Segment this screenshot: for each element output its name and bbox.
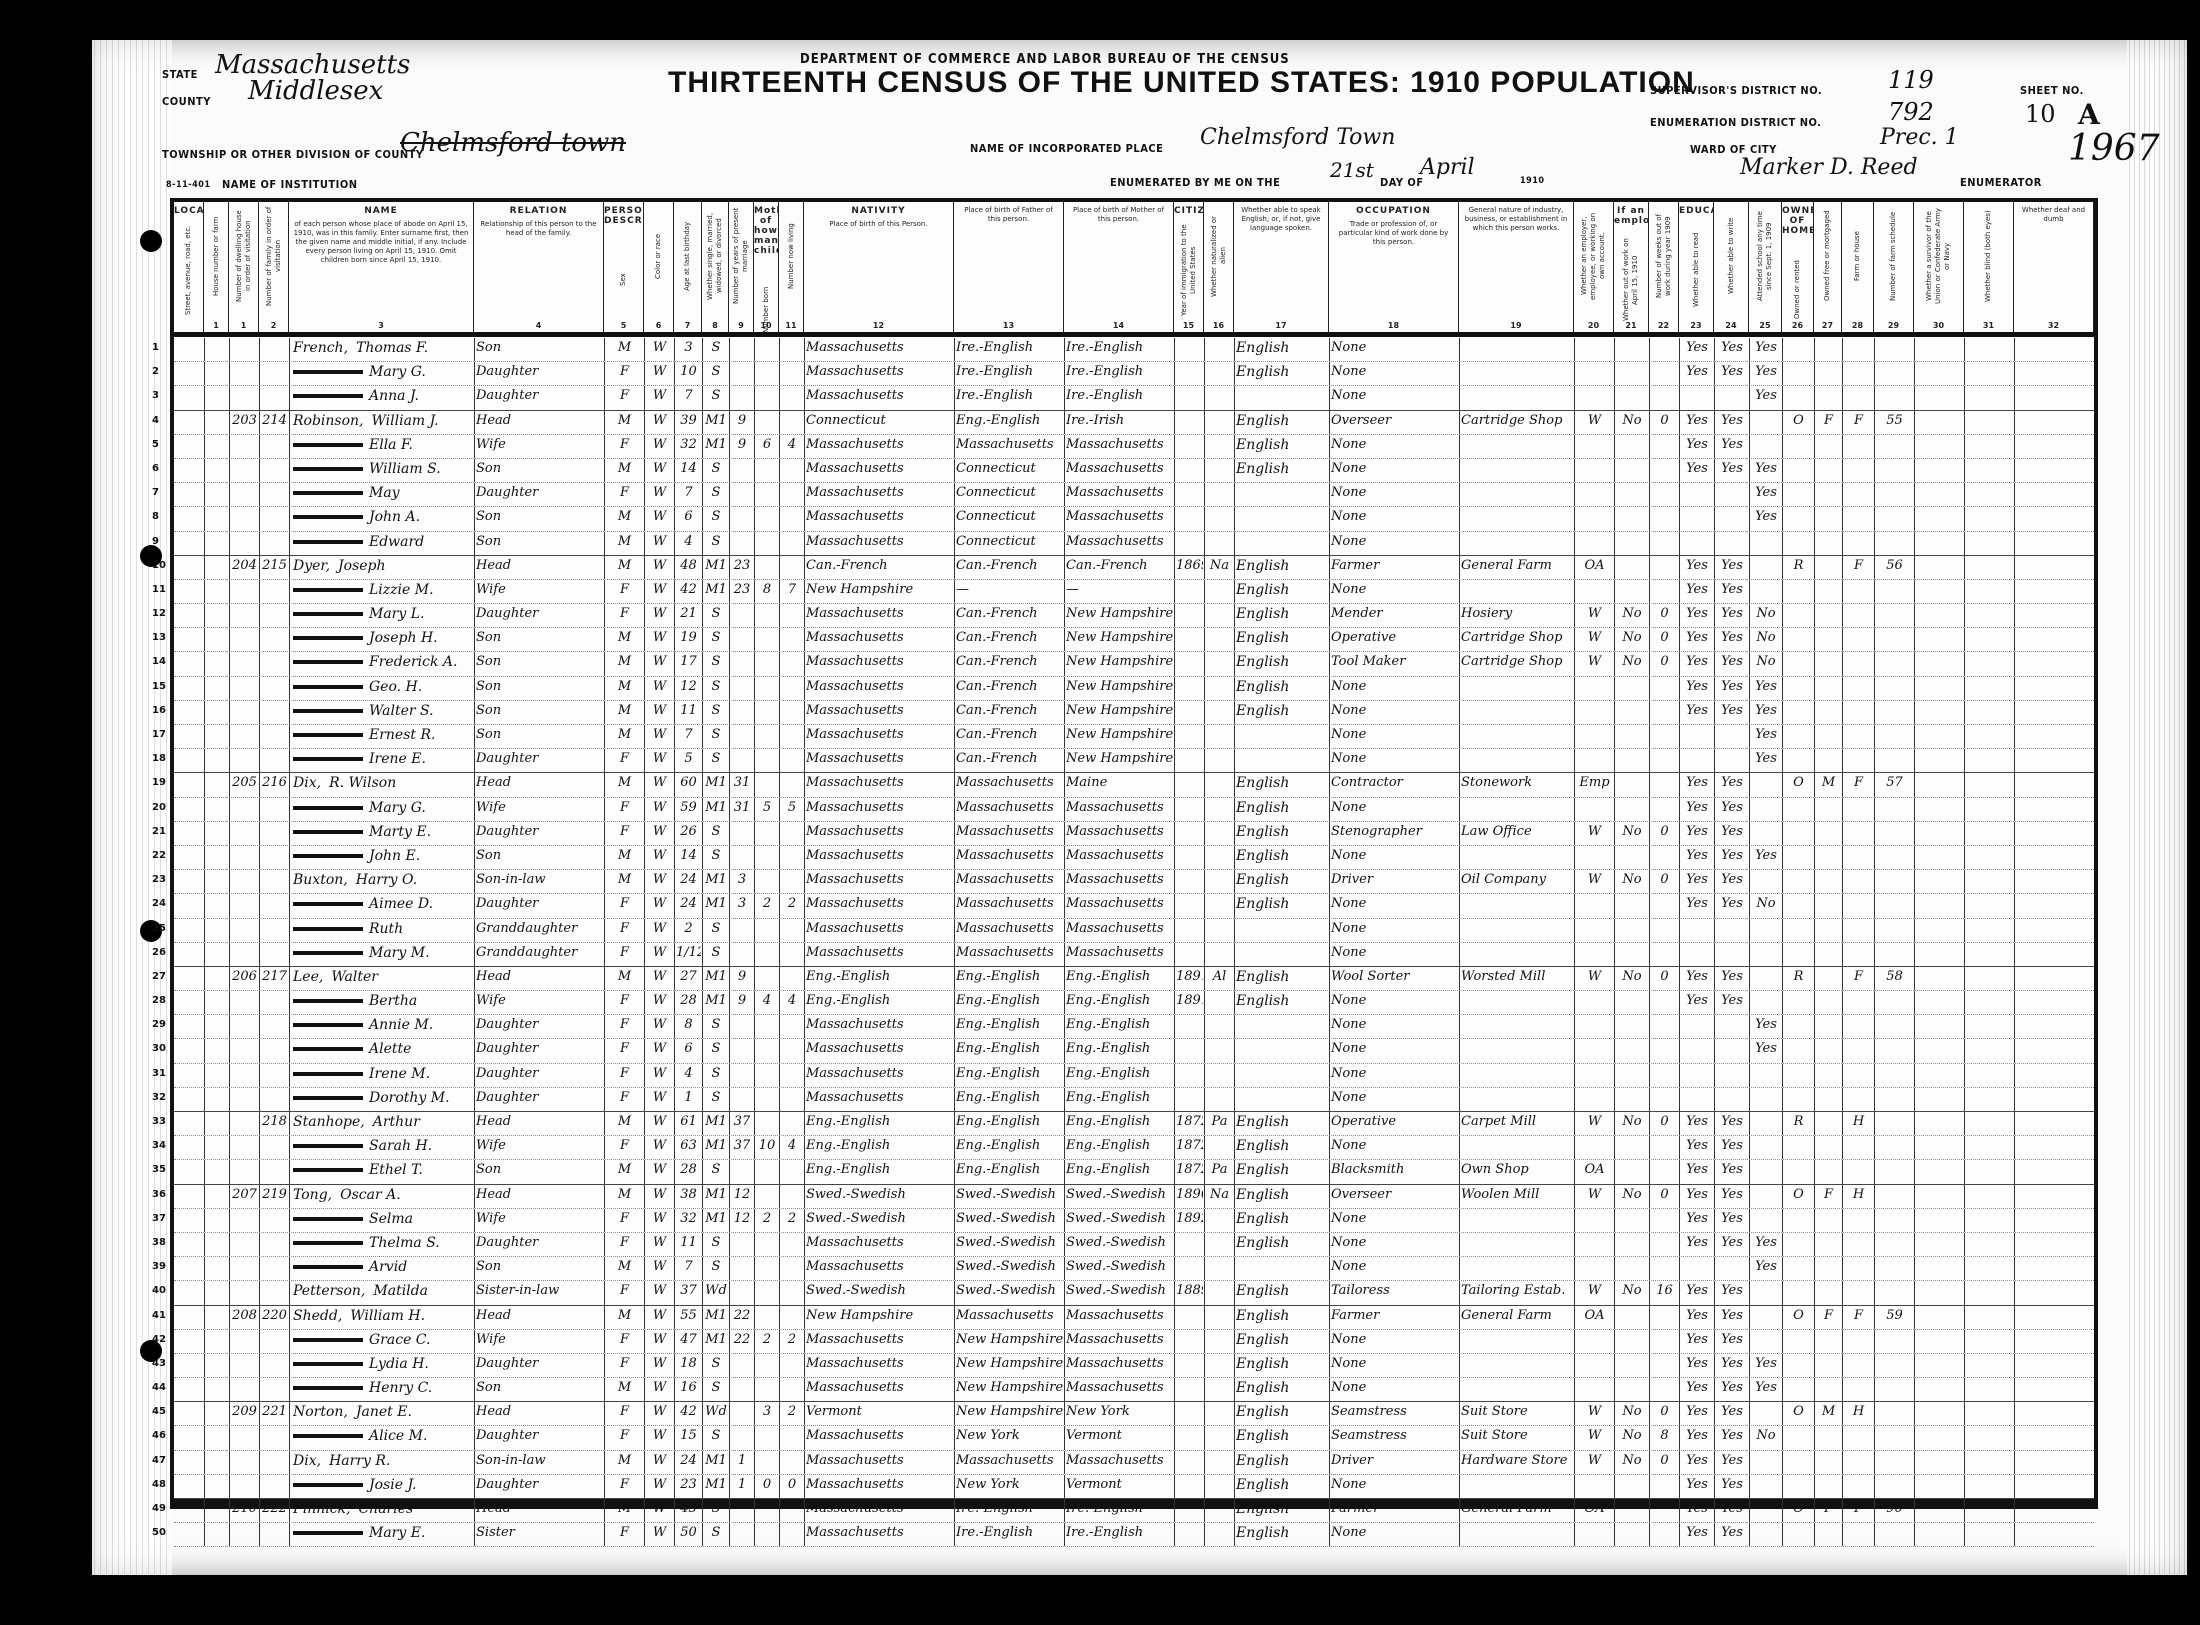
column-rule — [604, 870, 605, 893]
column-number: 13 — [954, 321, 1063, 330]
column-rule — [1574, 1015, 1575, 1038]
table-row: 43Lydia H.DaughterFW18SMassachusettsNew … — [174, 1354, 2094, 1378]
column-rule — [1649, 338, 1650, 361]
cell-ind: Stonework — [1461, 775, 1573, 790]
column-rule — [1874, 822, 1875, 845]
cell-yrs: 22 — [731, 1332, 753, 1347]
column-rule — [1459, 1160, 1460, 1183]
line-number: 36 — [152, 1189, 166, 1200]
column-rule — [1814, 628, 1815, 651]
column-description: Whether naturalized or alien — [1207, 202, 1231, 310]
table-row: 32Dorothy M.DaughterFW1SMassachusettsEng… — [174, 1088, 2094, 1112]
column-rule — [1064, 822, 1065, 845]
column-rule — [1749, 1015, 1750, 1038]
cell-relation: Daughter — [476, 364, 603, 379]
column-rule — [1964, 1136, 1965, 1159]
column-rule — [644, 1451, 645, 1474]
column-rule — [804, 798, 805, 821]
column-rule — [729, 846, 730, 869]
cell-race: W — [646, 1066, 673, 1081]
cell-dwelling: 208 — [231, 1308, 258, 1323]
cell-read: Yes — [1681, 679, 1713, 694]
column-rule — [729, 1015, 730, 1038]
cell-age: 24 — [676, 1453, 701, 1468]
column-rule — [204, 362, 205, 385]
cell-occ: None — [1331, 945, 1458, 960]
cell-lang: English — [1236, 437, 1328, 453]
cell-race: W — [646, 848, 673, 863]
column-rule — [729, 1475, 730, 1498]
cell-wk: 0 — [1651, 1404, 1678, 1419]
column-rule — [1714, 1402, 1715, 1425]
column-rule — [1234, 1039, 1235, 1062]
column-rule — [804, 943, 805, 966]
cell-born: 2 — [756, 1211, 778, 1226]
person-name: Josie J. — [293, 1477, 472, 1493]
cell-marital: M1 — [704, 1308, 728, 1323]
cell-farm: F — [1844, 1308, 1873, 1323]
cell-sex: M — [606, 679, 643, 694]
line-number: 25 — [152, 923, 166, 934]
table-row: 23Buxton,Harry O.Son-in-lawMW24M13Massac… — [174, 870, 2094, 894]
cell-age: 39 — [676, 413, 701, 428]
person-name: Alette — [293, 1041, 472, 1057]
column-rule — [1782, 1402, 1783, 1425]
cell-age: 47 — [676, 1332, 701, 1347]
column-rule — [644, 1233, 645, 1256]
column-rule — [1234, 991, 1235, 1014]
column-rule — [1679, 1136, 1680, 1159]
column-description: Whether blind (both eyes) — [1981, 202, 1996, 310]
cell-age: 17 — [676, 654, 701, 669]
column-rule — [1204, 338, 1205, 361]
column-rule — [779, 894, 780, 917]
column-rule — [229, 1378, 230, 1401]
cell-mother: Vermont — [1066, 1477, 1173, 1492]
column-rule — [1782, 798, 1783, 821]
column-rule — [204, 1233, 205, 1256]
column-rule — [604, 1354, 605, 1377]
column-rule — [1782, 773, 1783, 796]
cell-relation: Son — [476, 679, 603, 694]
cell-race: W — [646, 1308, 673, 1323]
cell-age: 7 — [676, 485, 701, 500]
column-rule — [674, 1209, 675, 1232]
column-rule — [729, 483, 730, 506]
cell-write: Yes — [1716, 1211, 1748, 1226]
column-rule — [1679, 1039, 1680, 1062]
column-rule — [1329, 1451, 1330, 1474]
column-rule — [779, 1426, 780, 1449]
column-rule — [1814, 1451, 1815, 1474]
column-rule — [754, 1185, 755, 1208]
table-row: 47Dix,Harry R.Son-in-lawMW24M11Massachus… — [174, 1451, 2094, 1475]
column-rule — [1204, 1039, 1205, 1062]
column-rule — [1679, 798, 1680, 821]
cell-marital: M1 — [704, 437, 728, 452]
cell-lang: English — [1236, 1501, 1328, 1517]
column-rule — [644, 725, 645, 748]
column-rule — [754, 1064, 755, 1087]
column-rule — [259, 1136, 260, 1159]
cell-own: R — [1784, 1114, 1813, 1129]
cell-mother: Massachusetts — [1066, 461, 1173, 476]
cell-sex: F — [606, 921, 643, 936]
column-rule — [804, 967, 805, 990]
column-rule — [259, 1281, 260, 1304]
column-rule — [1814, 1281, 1815, 1304]
column-rule — [674, 1233, 675, 1256]
column-rule — [1714, 1523, 1715, 1546]
column-rule — [1874, 870, 1875, 893]
cell-school: Yes — [1751, 1041, 1781, 1056]
column-rule — [2014, 1499, 2015, 1522]
surname: Buxton, — [293, 872, 348, 888]
column-rule — [259, 1015, 260, 1038]
column-rule — [1064, 773, 1065, 796]
column-rule — [1782, 1064, 1783, 1087]
column-rule — [1459, 1112, 1460, 1135]
cell-father: Massachusetts — [956, 945, 1063, 960]
column-rule — [1174, 604, 1175, 627]
column-rule — [1814, 749, 1815, 772]
cell-school: No — [1751, 606, 1781, 621]
column-rule — [1814, 1112, 1815, 1135]
column-rule — [674, 386, 675, 409]
column-rule — [1234, 822, 1235, 845]
cell-father: Ire.-English — [956, 1501, 1063, 1516]
column-rule — [1914, 1451, 1915, 1474]
column-rule — [1964, 991, 1965, 1014]
table-row: 35Ethel T.SonMW28SEng.-EnglishEng.-Engli… — [174, 1160, 2094, 1184]
table-row: 36Tong,Oscar A.207219HeadMW38M112Swed.-S… — [174, 1185, 2094, 1209]
column-rule — [1782, 1499, 1783, 1522]
cell-sex: F — [606, 896, 643, 911]
column-rule — [1204, 1136, 1205, 1159]
column-rule — [2014, 1039, 2015, 1062]
cell-father: Can.-French — [956, 751, 1063, 766]
column-rule — [1649, 1475, 1650, 1498]
column-rule — [954, 725, 955, 748]
column-rule — [779, 822, 780, 845]
column-rule — [804, 1136, 805, 1159]
column-rule — [754, 628, 755, 651]
column-rule — [1749, 943, 1750, 966]
column-rule — [604, 749, 605, 772]
column-rule — [1914, 411, 1915, 434]
column-rule — [754, 1354, 755, 1377]
column-rule — [1574, 1499, 1575, 1522]
given-name: Joseph H. — [369, 630, 438, 646]
person-name: Irene M. — [293, 1066, 472, 1082]
column-rule — [729, 1354, 730, 1377]
column-rule — [1574, 846, 1575, 869]
column-rule — [1649, 1233, 1650, 1256]
column-rule — [1914, 1039, 1915, 1062]
person-name: French,Thomas F. — [293, 340, 472, 356]
column-rule — [604, 1112, 605, 1135]
column-rule — [674, 1426, 675, 1449]
column-rule — [289, 1354, 290, 1377]
column-rule — [474, 967, 475, 990]
column-rule — [779, 435, 780, 458]
surname-ditto-dash — [293, 709, 363, 713]
column-group-label: OCCUPATION — [1329, 202, 1458, 216]
cell-relation: Head — [476, 413, 603, 428]
column-rule — [702, 846, 703, 869]
cell-occ: None — [1331, 848, 1458, 863]
line-number: 12 — [152, 608, 166, 619]
column-header: Whether blind (both eyes)31 — [1964, 202, 2014, 332]
cell-yrs: 22 — [731, 1308, 753, 1323]
cell-birth: Massachusetts — [806, 824, 953, 839]
cell-occ: None — [1331, 1211, 1458, 1226]
column-rule — [474, 1306, 475, 1329]
cell-lang: English — [1236, 340, 1328, 356]
column-rule — [1964, 1233, 1965, 1256]
sheet-number: 10 — [2025, 100, 2056, 128]
column-rule — [1814, 1354, 1815, 1377]
line-number: 39 — [152, 1261, 166, 1272]
column-rule — [474, 701, 475, 724]
line-number: 11 — [152, 584, 166, 595]
column-rule — [754, 1378, 755, 1401]
column-rule — [1064, 1064, 1065, 1087]
column-rule — [702, 1499, 703, 1522]
column-description: Color or race — [651, 202, 666, 310]
column-rule — [1204, 822, 1205, 845]
cell-relation: Daughter — [476, 1477, 603, 1492]
column-rule — [1914, 725, 1915, 748]
column-rule — [1459, 1281, 1460, 1304]
column-rule — [474, 991, 475, 1014]
cell-lang: English — [1236, 1332, 1328, 1348]
line-number: 24 — [152, 898, 166, 909]
column-rule — [1574, 604, 1575, 627]
column-rule — [1874, 1306, 1875, 1329]
column-rule — [1174, 701, 1175, 724]
column-rule — [289, 556, 290, 579]
column-rule — [1679, 1354, 1680, 1377]
cell-write: Yes — [1716, 872, 1748, 887]
cell-relation: Granddaughter — [476, 921, 603, 936]
column-rule — [1614, 1402, 1615, 1425]
cell-age: 24 — [676, 896, 701, 911]
column-rule — [779, 1185, 780, 1208]
table-row: 26Mary M.GranddaughterFW1/12SMassachuset… — [174, 943, 2094, 967]
column-rule — [1874, 1185, 1875, 1208]
cell-relation: Daughter — [476, 896, 603, 911]
column-rule — [1174, 1209, 1175, 1232]
column-rule — [1679, 991, 1680, 1014]
table-body: 1French,Thomas F.SonMW3SMassachusettsIre… — [174, 338, 2094, 1547]
column-rule — [1064, 1185, 1065, 1208]
given-name: Ethel T. — [369, 1162, 423, 1178]
column-rule — [1329, 1475, 1330, 1498]
column-rule — [1204, 1499, 1205, 1522]
column-rule — [954, 749, 955, 772]
column-rule — [1234, 556, 1235, 579]
column-rule — [259, 1523, 260, 1546]
cell-sex: M — [606, 340, 643, 355]
column-rule — [1814, 1330, 1815, 1353]
cell-write: Yes — [1716, 1477, 1748, 1492]
column-rule — [729, 386, 730, 409]
column-rule — [1749, 1523, 1750, 1546]
column-rule — [1174, 483, 1175, 506]
column-rule — [204, 435, 205, 458]
column-rule — [702, 1306, 703, 1329]
cell-race: W — [646, 413, 673, 428]
column-rule — [674, 1475, 675, 1498]
column-rule — [754, 1281, 755, 1304]
cell-marital: S — [704, 340, 728, 355]
cell-mother: Eng.-English — [1066, 993, 1173, 1008]
column-rule — [1614, 652, 1615, 675]
cell-mort: F — [1816, 413, 1841, 428]
column-rule — [2014, 1402, 2015, 1425]
column-rule — [1649, 894, 1650, 917]
column-rule — [2014, 459, 2015, 482]
column-rule — [2014, 822, 2015, 845]
surname-ditto-dash — [293, 902, 363, 906]
column-rule — [1749, 1112, 1750, 1135]
column-rule — [1174, 362, 1175, 385]
cell-wk: 0 — [1651, 654, 1678, 669]
column-rule — [779, 338, 780, 361]
cell-age: 7 — [676, 1259, 701, 1274]
person-name: Bertha — [293, 993, 472, 1009]
column-rule — [729, 1209, 730, 1232]
cell-sex: F — [606, 1235, 643, 1250]
column-rule — [604, 1281, 605, 1304]
cell-emp: W — [1576, 606, 1613, 621]
column-rule — [1064, 1209, 1065, 1232]
surname-ditto-dash — [293, 951, 363, 955]
column-rule — [804, 604, 805, 627]
column-rule — [474, 1112, 475, 1135]
cell-occ: None — [1331, 582, 1458, 597]
cell-age: 60 — [676, 775, 701, 790]
cell-school: Yes — [1751, 1356, 1781, 1371]
cell-age: 5 — [676, 751, 701, 766]
column-rule — [1649, 459, 1650, 482]
column-rule — [604, 507, 605, 530]
surname: Tong, — [293, 1187, 332, 1203]
column-rule — [289, 1039, 290, 1062]
column-rule — [1842, 991, 1843, 1014]
cell-own: O — [1784, 1501, 1813, 1516]
cell-birth: Massachusetts — [806, 751, 953, 766]
column-rule — [1614, 386, 1615, 409]
column-rule — [604, 1185, 605, 1208]
column-rule — [289, 919, 290, 942]
column-rule — [1064, 1039, 1065, 1062]
cell-birth: Massachusetts — [806, 1259, 953, 1274]
column-rule — [1064, 1378, 1065, 1401]
column-rule — [954, 1039, 955, 1062]
column-group-label: NAME — [289, 202, 473, 216]
cell-father: Eng.-English — [956, 1090, 1063, 1105]
column-rule — [1574, 411, 1575, 434]
cell-birth: Massachusetts — [806, 1380, 953, 1395]
column-rule — [1814, 1475, 1815, 1498]
institution-label: NAME OF INSTITUTION — [222, 178, 358, 191]
cell-relation: Son — [476, 340, 603, 355]
column-number: 32 — [2014, 321, 2093, 330]
given-name: Mary G. — [369, 364, 426, 380]
cell-mother: Massachusetts — [1066, 824, 1173, 839]
cell-age: 50 — [676, 1525, 701, 1540]
column-rule — [1459, 1306, 1460, 1329]
column-number: 12 — [804, 321, 953, 330]
column-rule — [229, 1475, 230, 1498]
column-rule — [804, 1354, 805, 1377]
column-rule — [954, 1451, 955, 1474]
township-value: Chelmsford town — [400, 128, 626, 158]
cell-birth: Massachusetts — [806, 1090, 953, 1105]
column-rule — [1749, 919, 1750, 942]
cell-ind: Tailoring Estab. — [1461, 1283, 1573, 1298]
column-rule — [702, 798, 703, 821]
cell-family: 217 — [261, 969, 288, 984]
column-rule — [1842, 435, 1843, 458]
column-rule — [1459, 483, 1460, 506]
column-rule — [702, 411, 703, 434]
column-rule — [1204, 725, 1205, 748]
column-rule — [204, 1136, 205, 1159]
column-rule — [229, 1306, 230, 1329]
column-rule — [954, 459, 955, 482]
column-number: 18 — [1329, 321, 1458, 330]
cell-emp: W — [1576, 413, 1613, 428]
person-name: Lizzie M. — [293, 582, 472, 598]
column-rule — [1574, 1402, 1575, 1425]
column-rule — [1874, 652, 1875, 675]
cell-occ: Seamstress — [1331, 1404, 1458, 1419]
column-rule — [1329, 1499, 1330, 1522]
cell-marital: S — [704, 703, 728, 718]
column-rule — [1574, 725, 1575, 748]
cell-race: W — [646, 364, 673, 379]
column-rule — [1329, 1015, 1330, 1038]
column-rule — [804, 1499, 805, 1522]
cell-write: Yes — [1716, 364, 1748, 379]
column-rule — [1329, 1064, 1330, 1087]
column-rule — [1842, 1475, 1843, 1498]
column-rule — [754, 1088, 755, 1111]
column-rule — [1064, 1160, 1065, 1183]
column-rule — [1874, 483, 1875, 506]
column-description: Number of years of present marriage — [729, 202, 753, 310]
column-rule — [954, 1378, 955, 1401]
column-rule — [229, 628, 230, 651]
cell-imm: 1891 — [1176, 993, 1203, 1008]
column-rule — [1914, 483, 1915, 506]
column-rule — [2014, 652, 2015, 675]
column-rule — [1749, 846, 1750, 869]
column-rule — [1914, 507, 1915, 530]
column-rule — [1064, 1257, 1065, 1280]
column-rule — [2014, 386, 2015, 409]
surname-ditto-dash — [293, 1217, 363, 1221]
surname-ditto-dash — [293, 927, 363, 931]
column-rule — [1782, 459, 1783, 482]
cell-emp: W — [1576, 630, 1613, 645]
column-rule — [1914, 459, 1915, 482]
column-rule — [804, 846, 805, 869]
cell-race: W — [646, 896, 673, 911]
